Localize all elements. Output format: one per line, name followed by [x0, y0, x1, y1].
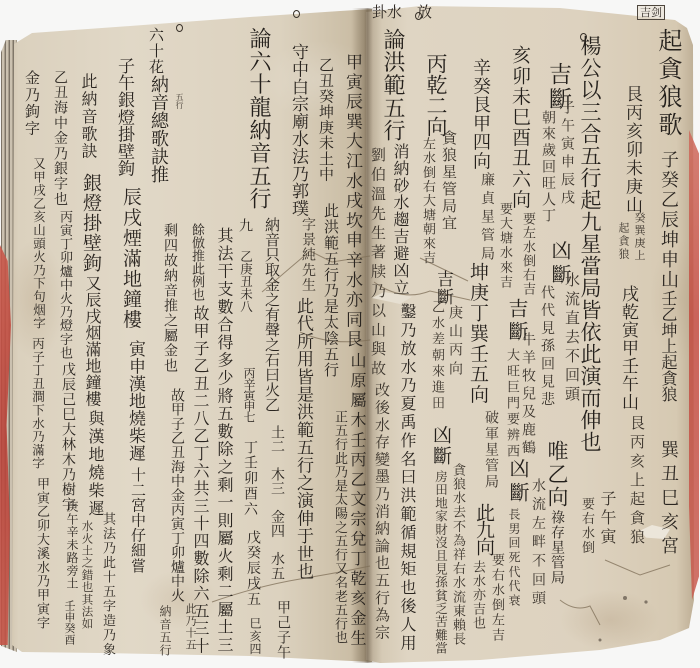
section-title: 六十花 — [148, 27, 163, 75]
section-title: 納音總歌訣推 — [149, 75, 167, 183]
verse-line: 十二宮中仔細嘗 — [130, 467, 145, 573]
text-column: 乙丑海中金乃銀字也 — [53, 70, 67, 207]
text-column: 子癸乙辰坤申山 — [659, 150, 677, 290]
text-column: 戌乾寅甲壬午山 — [619, 285, 636, 411]
text-column: 正五行此乃是太陽之五行又名老五行也 — [333, 410, 346, 645]
inauspicious-verdict-label: 凶斷 — [508, 458, 528, 506]
text-column: 壬申癸酉 — [64, 600, 75, 645]
text-column: 消納砂水趨吉避凶立 — [392, 143, 408, 296]
text-column: 其法乃此十五字造乃象 — [101, 512, 114, 657]
text-column: 丙乾二向 — [425, 53, 446, 137]
annotation: 要右水倒左吉 — [490, 553, 503, 643]
text-column: 金乃鉤字 — [24, 70, 39, 137]
annotation: 字景純先生 — [301, 217, 315, 293]
annotation: 要左水倒右吉 — [521, 212, 534, 296]
annotation: 牛羊牧兒及鹿鶴 — [521, 332, 535, 458]
text-column: 乙庚丑未八 — [239, 250, 252, 313]
text-column: 納音只取金之有聲之石曰火乙 — [264, 217, 279, 412]
text-column: 巽丑巳亥宮 — [659, 440, 677, 560]
annotation: 乙水差朝來進田 — [430, 300, 443, 412]
text-column: 唯乙向 — [546, 440, 567, 509]
text-column: 此洪範五行乃是太陰五行 — [323, 203, 338, 378]
text-column: 祿存星管局 — [550, 510, 564, 585]
text-column: 乙丑癸坤庚未土中 — [318, 57, 333, 182]
annotation: 此乃十五 — [185, 603, 196, 651]
text-column: 此代所用皆是洪範五行之演伸于世也 — [294, 297, 311, 580]
section-title: 論六十龍納音五行 — [247, 27, 269, 210]
text-column: 其法干支數合得多少將五數除之剩一則屬火剩二屬土三 — [216, 227, 232, 654]
manuscript-photo: 吉剑 卦水 放 起貪狼歌 子癸乙辰坤申山 壬乙坤上起貪狼 巽丑巳亥宮 艮丙亥卯未… — [0, 0, 700, 668]
annotation: 要右水倒 — [580, 497, 593, 555]
text-column: 壬乙坤上起貪狼 — [660, 290, 676, 402]
annotation: 癸巽庚上 — [634, 212, 645, 262]
annotation: 廉貞星管局 — [480, 172, 494, 265]
annotation: 房田地家財沒且見孫貧乏苦難當 — [434, 470, 447, 655]
margin-note: 卦水 放 — [372, 5, 432, 20]
text-column: 丙寅丁卯爐中火乃燈字也 — [58, 210, 71, 360]
text-column: 土二 木三 金四 水五 — [270, 425, 284, 580]
text-column: 此納音歌訣 — [80, 73, 96, 160]
annotation: 水火土之錯也其法如 — [81, 520, 93, 630]
text-column: 亥卯未巳酉丑六向 — [510, 45, 529, 210]
inauspicious-verdict-label: 凶斷 — [431, 425, 450, 467]
text-column: 九 — [238, 218, 252, 232]
annotation: 代代見孫回見悲 — [540, 285, 554, 410]
text-column: 劉伯溫先生著牍乃以山與故 — [370, 147, 385, 380]
text-column: 剩四故納音推之屬金也 — [163, 223, 177, 373]
main-text-column: 楊公以三合五行起九星當局皆依此演而伸也 — [579, 35, 600, 453]
text-column: 此九向 — [474, 503, 493, 554]
section-title: 起貪狼歌 — [656, 28, 680, 140]
verse-line: 辰戌煙滿地鐘樓 — [121, 187, 140, 330]
annotation: 貪狼水去不為祥右水流東賴長 — [451, 463, 464, 646]
text-column: 餘倣推此例也 — [190, 223, 203, 301]
annotation: 子午寅 — [599, 490, 615, 547]
text-column: 又甲戌乙亥山頭火乃下句烟字 — [32, 157, 45, 330]
annotation: 五行 — [175, 93, 183, 109]
text-column: 又辰戌烟滿地鐘樓 — [84, 275, 100, 407]
text-column: 山原屬木壬丙乙文宗兌丁乾亥金生 — [349, 352, 365, 649]
annotation: 貪狼星管局宜 — [441, 130, 456, 232]
annotation: 子午寅申辰戌 — [560, 100, 574, 208]
punctuation-circle — [293, 10, 300, 18]
text-column: 艮丙亥卯未庚山 — [623, 85, 640, 215]
text-column: 甲寅辰巽大江水戌坎申辛水亦同艮 — [343, 53, 360, 350]
annotation: 朝來歲回旺人丁 — [541, 110, 555, 225]
text-column: 鑿乃放水乃夏禹作名曰洪範循規矩也後人用 — [399, 303, 415, 653]
text-column: 戊辰己巳大林木乃樹字 — [61, 362, 75, 512]
text-column: 丁壬卯酉六 — [243, 440, 257, 517]
text-column: 戊癸辰戌五 — [246, 530, 260, 607]
corner-tab-label: 吉剑 — [637, 5, 665, 20]
punctuation-circle — [176, 24, 183, 32]
text-column: 辛癸艮甲四向 — [471, 58, 489, 170]
text-column: 庚午辛未路旁土 — [66, 500, 78, 590]
annotation: 水流左畔不回頭 — [531, 478, 545, 610]
annotation: 長男回死代代衰 — [508, 508, 520, 608]
annotation: 艮丙亥上起貪狼 — [629, 415, 644, 548]
text-column: 與漢地燒柴遲 — [87, 410, 103, 518]
text-column: 巳亥四 — [249, 617, 261, 655]
text-column: 丙子丁丑澗下水乃滿字 — [31, 337, 44, 470]
annotation: 庚山丙向 — [448, 305, 462, 380]
verse-line: 寅申漢地燒柴遲 — [126, 340, 143, 462]
section-title: 論洪範五行 — [381, 28, 403, 142]
text-column: 守中白宗廟水法乃郭璞 — [289, 43, 306, 217]
annotation: 要大塘水來吉 — [498, 202, 511, 290]
annotation: 破軍星管局 — [484, 410, 498, 490]
text-column: 甲己子午 — [276, 600, 290, 660]
text-column: 丙辛寅申七 — [243, 367, 255, 422]
annotation: 起貪狼 — [618, 222, 629, 261]
text-column: 銀燈掛壁鉤 — [81, 173, 100, 273]
text-column: 坤庚丁巽壬五向 — [468, 262, 487, 405]
text-column: 改後水存變墨乃消納論也五行為宗 — [374, 382, 389, 642]
text-column: 故甲子乙丑海中金丙寅丁卯爐中火 — [170, 388, 184, 603]
annotation: 左水倒右大塘朝來吉 — [421, 137, 434, 265]
annotation: 大旺巨門要辨西 — [505, 348, 518, 460]
text-column: 甲寅乙卯大溪水乃甲寅字 — [35, 477, 48, 630]
verse-line: 子午銀燈掛壁鉤 — [115, 57, 132, 177]
annotation: 去水亦吉也 — [471, 560, 484, 630]
annotation: 納音五行 — [159, 605, 171, 657]
annotation: 水流直去不回頭 — [564, 272, 579, 405]
